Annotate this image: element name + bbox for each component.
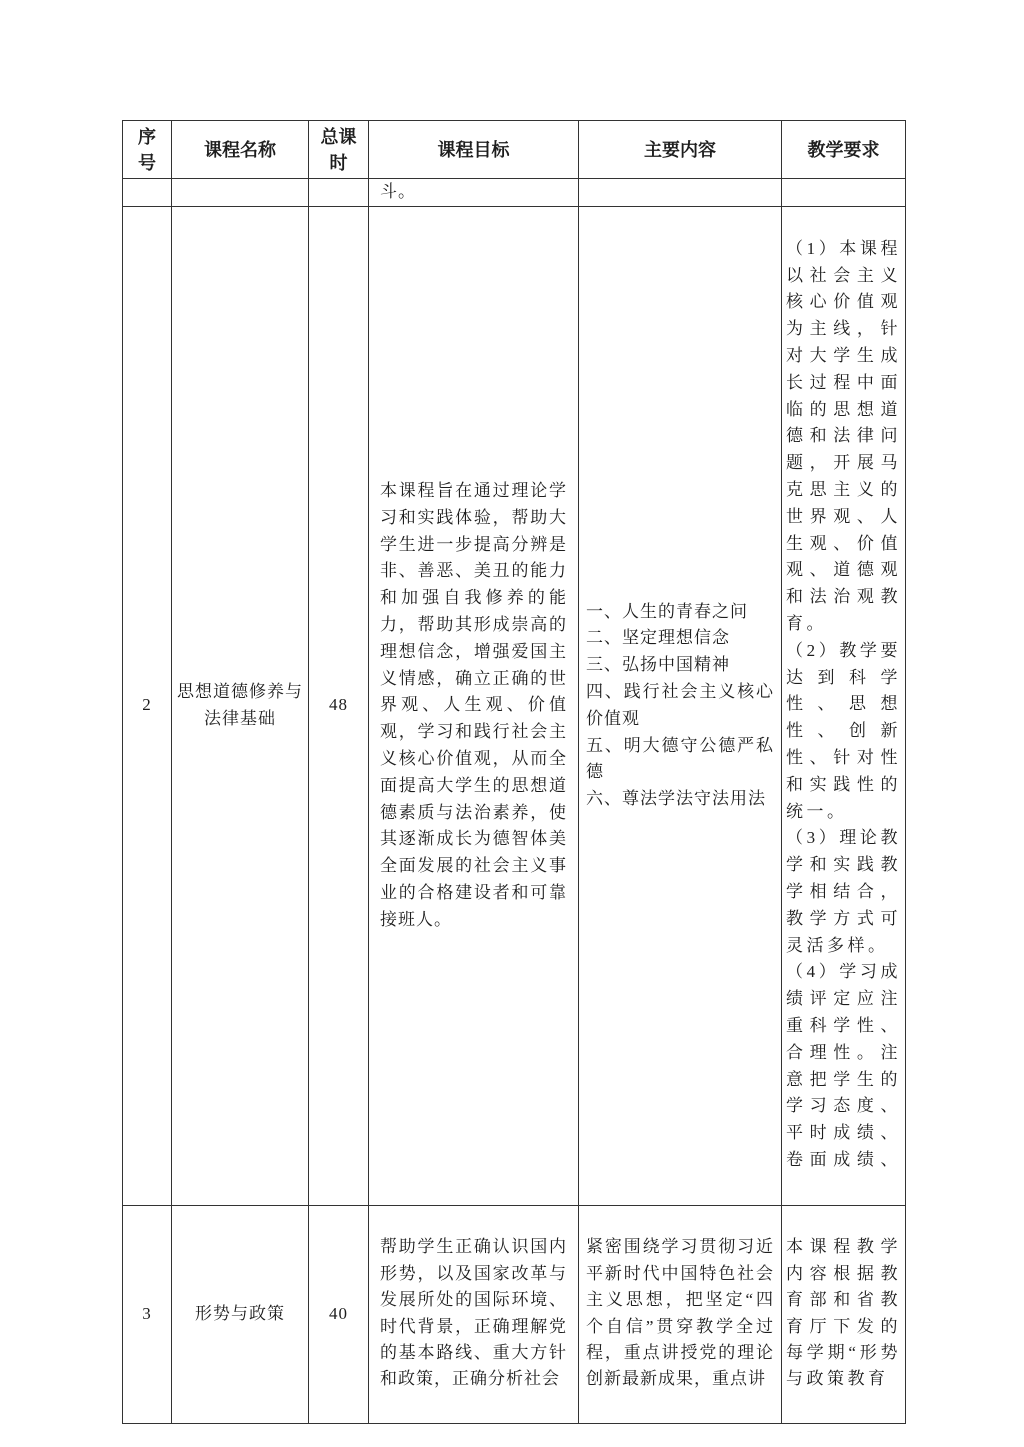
col-header-no: 序号: [123, 121, 172, 179]
table-row-course-2: 2 思想道德修养与法律基础 48 本课程旨在通过理论学习和实践体验，帮助大学生进…: [123, 207, 906, 1206]
row3-requirements-cell: 本课程教学内容根据教育部和省教育厅下发的每学期“形势与政策教育: [782, 1205, 906, 1424]
carryover-no-cell: [123, 179, 172, 207]
col-header-requirements: 教学要求: [782, 121, 906, 179]
row2-requirements-text: （1）本课程以社会主义核心价值观为主线，针对大学生成长过程中面临的思想道德和法律…: [786, 236, 901, 1176]
row3-hours-cell: 40: [309, 1205, 369, 1424]
row3-no-cell: 3: [123, 1205, 172, 1424]
carryover-content-cell: [579, 179, 782, 207]
col-header-objective: 课程目标: [369, 121, 579, 179]
col-header-course-name: 课程名称: [172, 121, 309, 179]
header-row: 序号 课程名称 总课时 课程目标 主要内容 教学要求: [123, 121, 906, 179]
course-outline-table: 序号 课程名称 总课时 课程目标 主要内容 教学要求 斗。 2 思想道德修养与法…: [122, 120, 906, 1424]
carryover-row: 斗。: [123, 179, 906, 207]
row2-hours-cell: 48: [309, 207, 369, 1206]
carryover-name-cell: [172, 179, 309, 207]
row2-requirements-cell: （1）本课程以社会主义核心价值观为主线，针对大学生成长过程中面临的思想道德和法律…: [782, 207, 906, 1206]
row3-objective-text: 帮助学生正确认识国内形势，以及国家改革与发展所处的国际环境、时代背景，正确理解党…: [380, 1234, 567, 1394]
row3-content-text: 紧密围绕学习贯彻习近平新时代中国特色社会主义思想，把坚定“四个自信”贯穿教学全过…: [586, 1234, 774, 1394]
table-row-course-3: 3 形势与政策 40 帮助学生正确认识国内形势，以及国家改革与发展所处的国际环境…: [123, 1205, 906, 1424]
row2-no-cell: 2: [123, 207, 172, 1206]
row3-course-name-cell: 形势与政策: [172, 1205, 309, 1424]
carryover-hours-cell: [309, 179, 369, 207]
row2-objective-cell: 本课程旨在通过理论学习和实践体验，帮助大学生进一步提高分辨是非、善恶、美丑的能力…: [369, 207, 579, 1206]
col-header-total-hours: 总课时: [309, 121, 369, 179]
row3-requirements-text: 本课程教学内容根据教育部和省教育厅下发的每学期“形势与政策教育: [786, 1234, 901, 1394]
row2-content-cell: 一、人生的青春之问 二、坚定理想信念 三、弘扬中国精神 四、践行社会主义核心价值…: [579, 207, 782, 1206]
row3-objective-cell: 帮助学生正确认识国内形势，以及国家改革与发展所处的国际环境、时代背景，正确理解党…: [369, 1205, 579, 1424]
document-page: 序号 课程名称 总课时 课程目标 主要内容 教学要求 斗。 2 思想道德修养与法…: [0, 0, 1024, 1447]
carryover-objective-cell: 斗。: [369, 179, 579, 207]
row2-course-name-cell: 思想道德修养与法律基础: [172, 207, 309, 1206]
carryover-requirements-cell: [782, 179, 906, 207]
col-header-main-content: 主要内容: [579, 121, 782, 179]
row3-content-cell: 紧密围绕学习贯彻习近平新时代中国特色社会主义思想，把坚定“四个自信”贯穿教学全过…: [579, 1205, 782, 1424]
